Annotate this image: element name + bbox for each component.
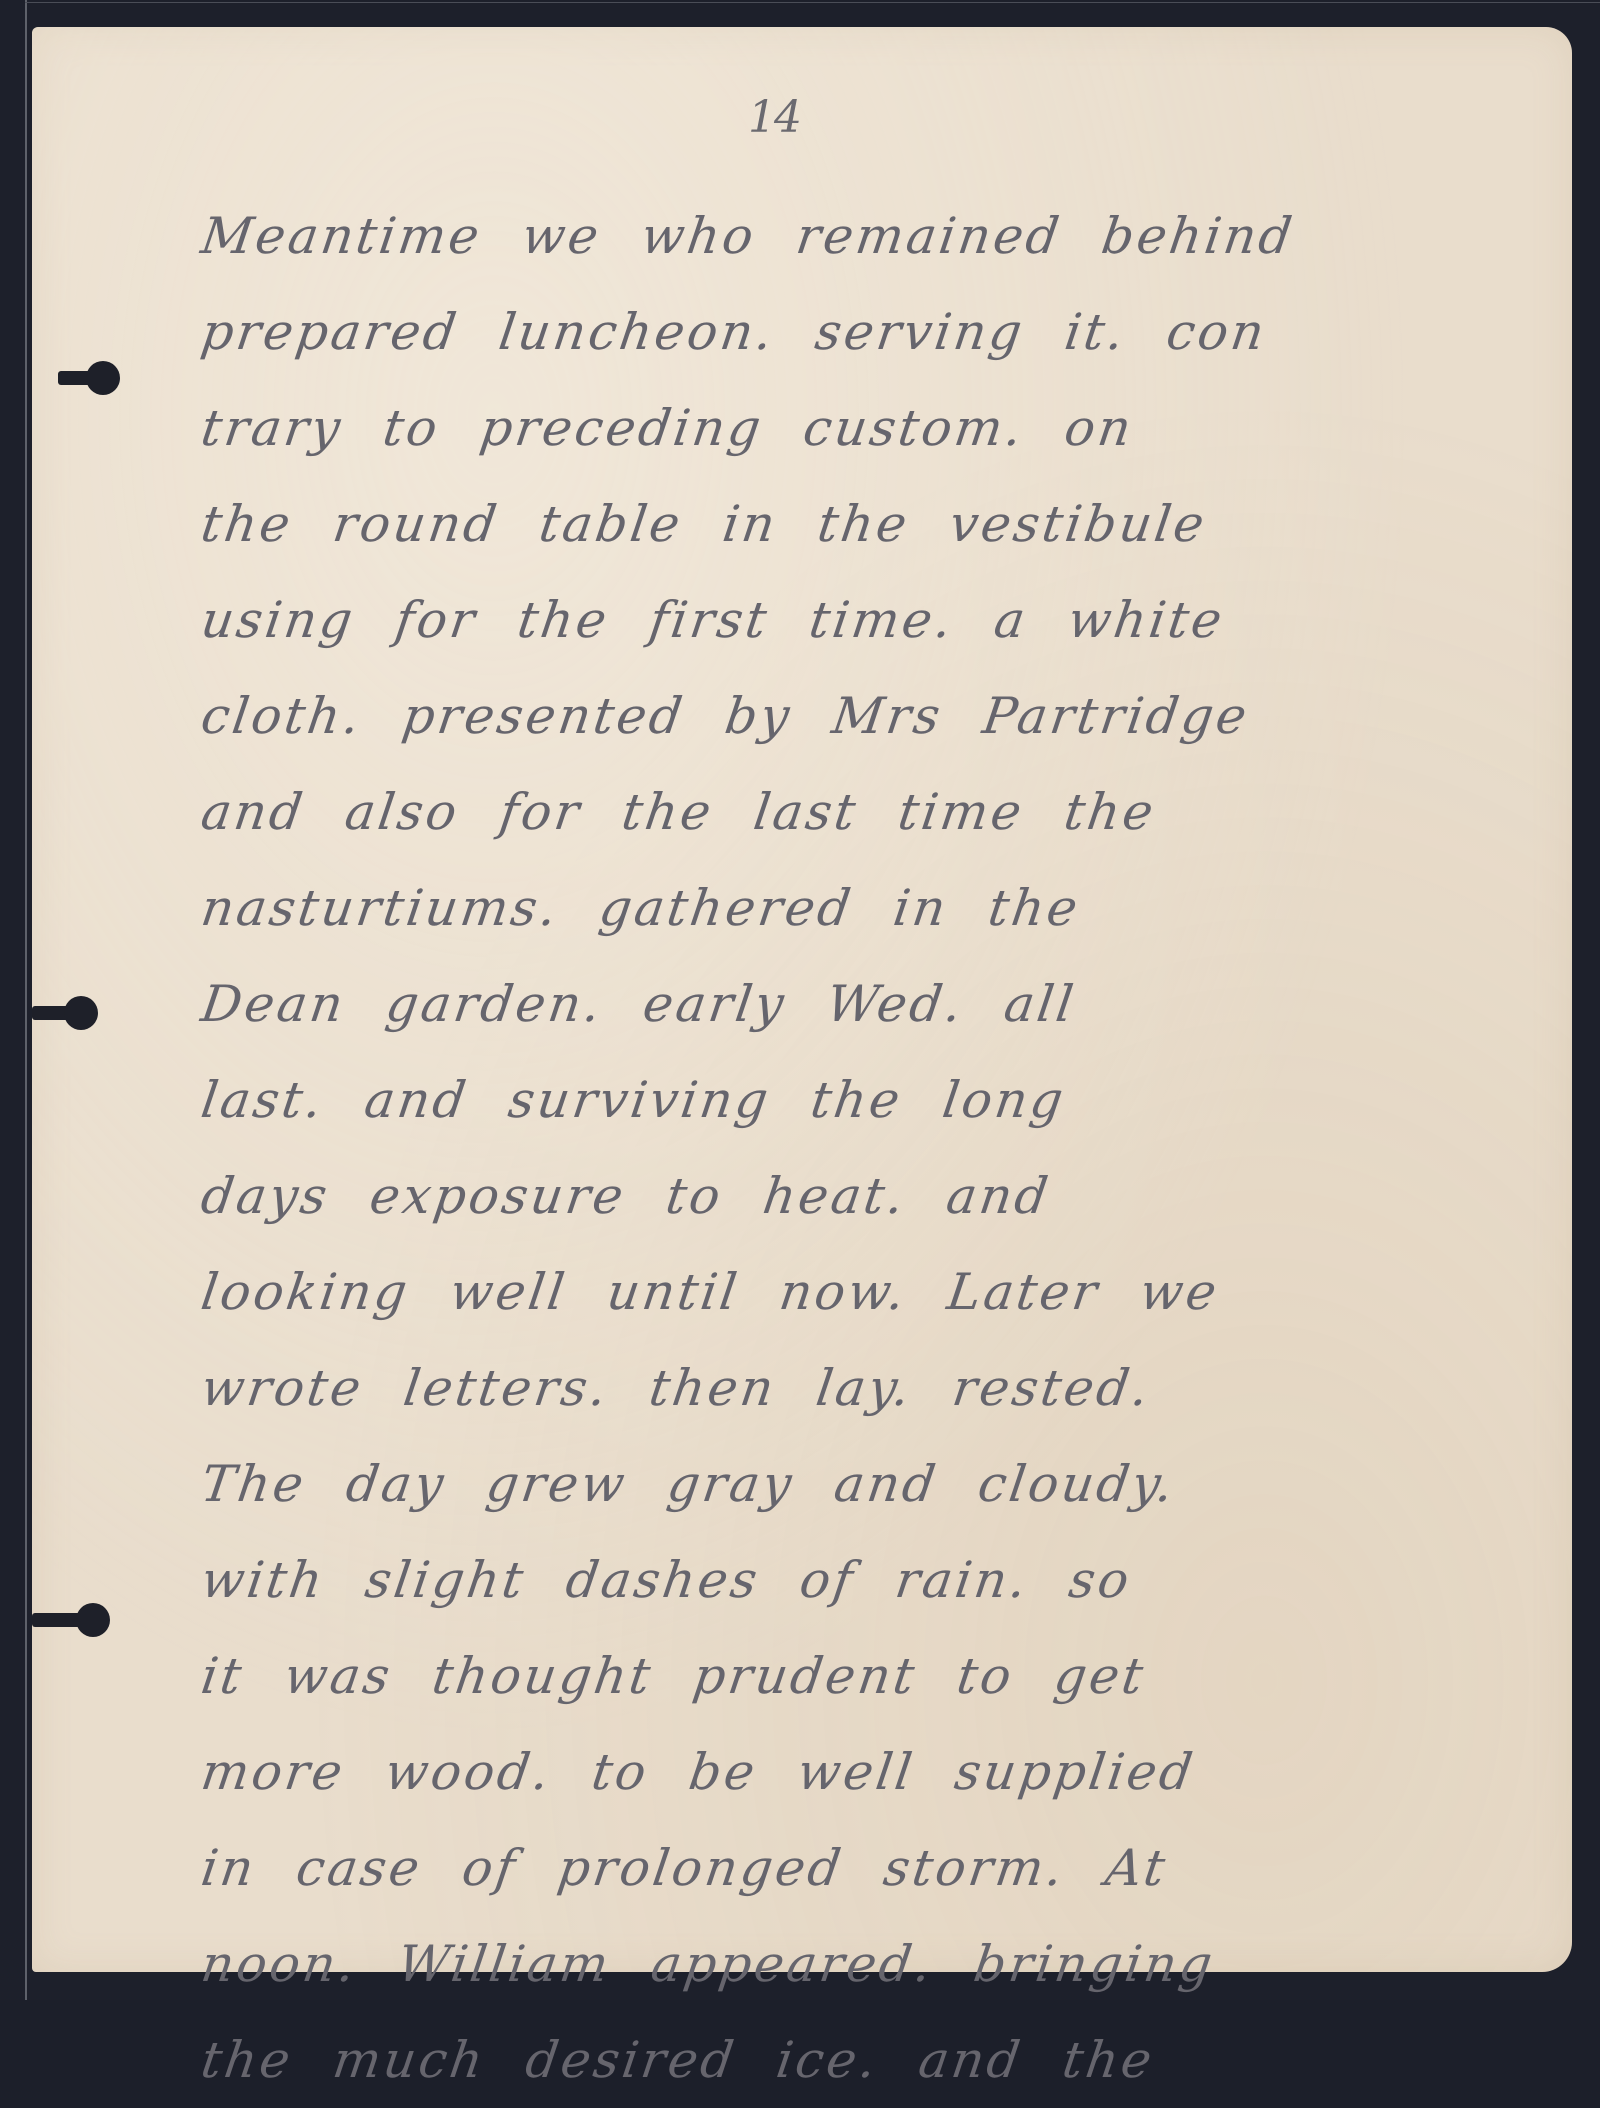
text-line: nasturtiums. gathered in the bbox=[195, 860, 1448, 956]
text-line: The day grew gray and cloudy. bbox=[195, 1436, 1448, 1532]
text-line: looking well until now. Later we bbox=[195, 1244, 1448, 1340]
handwritten-text-block: Meantime we who remained behind prepared… bbox=[195, 188, 1435, 2000]
text-line: last. and surviving the long bbox=[195, 1052, 1448, 1148]
text-line: Meantime we who remained behind bbox=[195, 188, 1448, 284]
text-line: with slight dashes of rain. so bbox=[195, 1532, 1448, 1628]
text-line: it was thought prudent to get bbox=[195, 1628, 1448, 1724]
scanner-edge-line-top bbox=[25, 2, 1600, 3]
text-line: trary to preceding custom. on bbox=[195, 380, 1448, 476]
text-line: cloth. presented by Mrs Partridge bbox=[195, 668, 1448, 764]
scan-background: 14 Meantime we who remained behind prepa… bbox=[0, 0, 1600, 2000]
punch-hole-icon bbox=[58, 361, 122, 395]
punch-hole-icon bbox=[32, 1603, 110, 1637]
text-line: and also for the last time the bbox=[195, 764, 1448, 860]
text-line: more wood. to be well supplied bbox=[195, 1724, 1448, 1820]
punch-hole-icon bbox=[32, 996, 98, 1030]
text-line: Dean garden. early Wed. all bbox=[195, 956, 1448, 1052]
page-number: 14 bbox=[748, 92, 800, 143]
text-line: using for the first time. a white bbox=[195, 572, 1448, 668]
text-line: in case of prolonged storm. At bbox=[195, 1820, 1448, 1916]
scanner-edge-line bbox=[25, 0, 27, 2000]
text-line: days exposure to heat. and bbox=[195, 1148, 1448, 1244]
text-line: the round table in the vestibule bbox=[195, 476, 1448, 572]
text-line: prepared luncheon. serving it. con bbox=[195, 284, 1448, 380]
text-line: noon. William appeared. bringing bbox=[195, 1916, 1448, 2000]
text-line: wrote letters. then lay. rested. bbox=[195, 1340, 1448, 1436]
